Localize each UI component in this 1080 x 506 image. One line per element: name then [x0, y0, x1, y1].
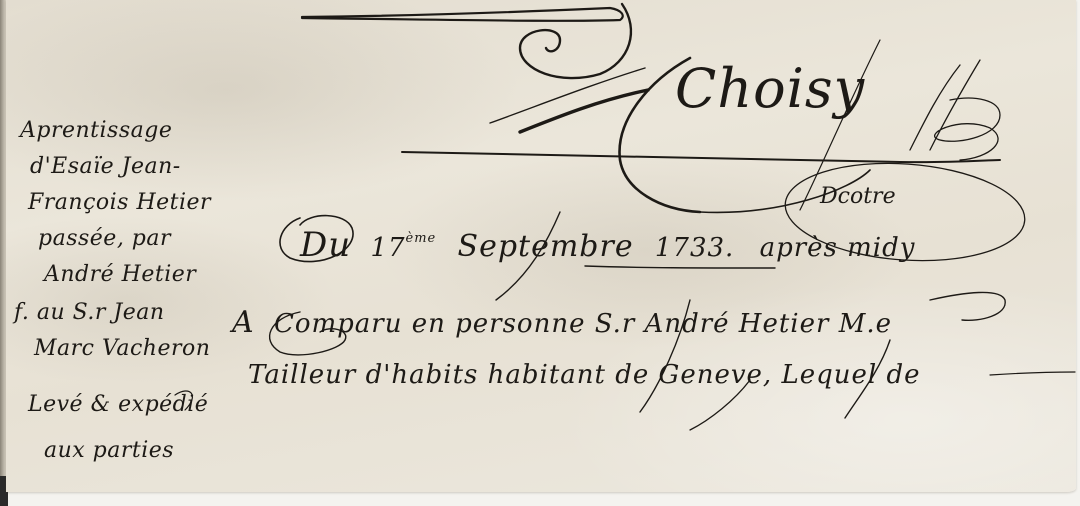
dating-stamp-label: Dcotre [820, 186, 896, 208]
margin-note-status: Levé & expédié [28, 394, 208, 416]
body-initial: A [232, 305, 255, 340]
margin-note-line: Marc Vacheron [34, 338, 210, 360]
body-line: A Comparu en personne S.r André Hetier M… [232, 308, 892, 338]
date-day: 17 [370, 233, 405, 263]
notary-signature: Choisy [675, 62, 865, 116]
date-prefix: Du [300, 225, 351, 265]
margin-note-line: André Hetier [44, 264, 196, 286]
margin-note-line: Aprentissage [20, 120, 172, 142]
date-time: après midy [760, 233, 916, 263]
margin-note-line: passée, par [38, 228, 171, 250]
date-year: 1733. [655, 233, 734, 263]
body-line-text: Tailleur d'habits habitant de Geneve, Le… [248, 360, 921, 390]
margin-note-line: d'Esaïe Jean- [30, 156, 181, 178]
margin-note-line: f. au S.r Jean [14, 302, 165, 324]
date-line: Du 17ème Septembre 1733. après midy [300, 228, 915, 262]
date-month: Septembre [458, 229, 634, 264]
body-line-text: Comparu en personne S.r André Hetier M.e [274, 309, 892, 339]
signature-name: Choisy [675, 57, 865, 120]
margin-note-line: François Hetier [28, 192, 211, 214]
document-page: Choisy Dcotre Aprentissage d'Esaïe Jean-… [0, 0, 1080, 506]
margin-note-status: aux parties [44, 440, 174, 462]
body-line: Tailleur d'habits habitant de Geneve, Le… [248, 362, 921, 388]
date-day-suffix: ème [406, 231, 437, 246]
